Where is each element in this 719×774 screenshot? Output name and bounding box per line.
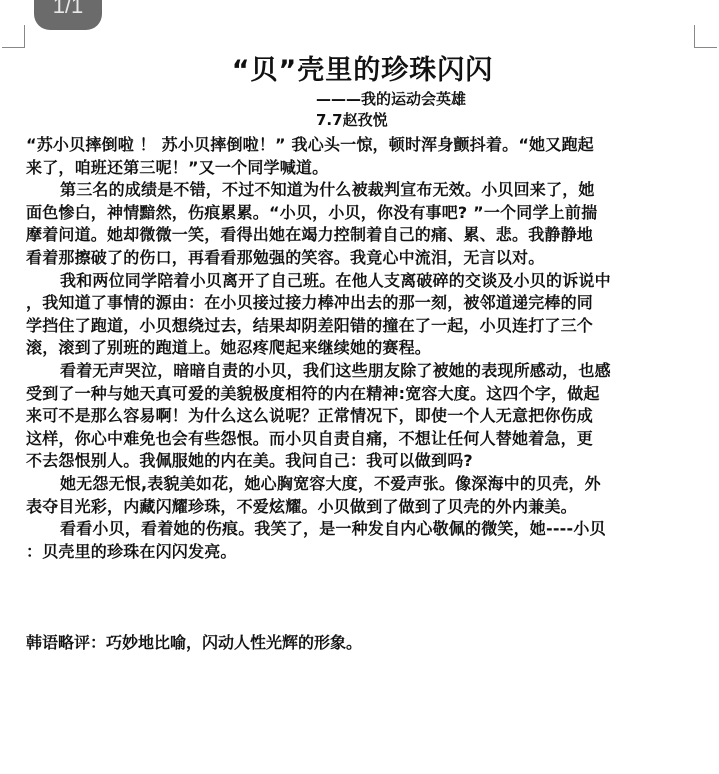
text-line: 受到了一种与她天真可爱的美貌极度相符的内在精神:宽容大度。这四个字，做起 — [26, 383, 694, 406]
text-line: 我和两位同学陪着小贝离开了自己班。在他人支离破碎的交谈及小贝的诉说中 — [26, 270, 694, 293]
text-line: 表夺目光彩，内藏闪耀珍珠，不爱炫耀。小贝做到了做到了贝壳的外内兼美。 — [26, 496, 694, 519]
text-line: ：贝壳里的珍珠在闪闪发亮。 — [26, 541, 694, 564]
text-line: 来了，咱班还第三呢！”又一个同学喊道。 — [26, 157, 694, 180]
page-indicator: 1/1 — [34, 0, 102, 30]
document-subtitle: ———我的运动会英雄 — [316, 88, 466, 109]
crop-mark-top-right — [694, 25, 717, 48]
text-line: ，我知道了事情的源由：在小贝接过接力棒冲出去的那一刻，被邻道递完棒的同 — [26, 292, 694, 315]
document-title: “贝”壳里的珍珠闪闪 — [0, 48, 719, 87]
crop-mark-top-left — [2, 25, 25, 48]
text-line: 看着那擦破了的伤口，再看看那勉强的笑容。我竟心中流泪，无言以对。 — [26, 247, 694, 270]
text-line: 摩着问道。她却微微一笑，看得出她在竭力控制着自己的痛、累、悲。我静静地 — [26, 224, 694, 247]
text-line: 面色惨白，神情黯然，伤痕累累。“小贝，小贝，你没有事吧? ”一个同学上前揣 — [26, 202, 694, 225]
text-line: 不去怨恨别人。我佩服她的内在美。我问自己：我可以做到吗? — [26, 450, 694, 473]
text-line: 学挡住了跑道，小贝想绕过去，结果却阴差阳错的撞在了一起，小贝连打了三个 — [26, 315, 694, 338]
essay-body: “苏小贝摔倒啦 ！ 苏小贝摔倒啦！” 我心头一惊，顿时浑身颤抖着。“她又跑起 来… — [26, 134, 694, 563]
text-line: 第三名的成绩是不错，不过不知道为什么被裁判宣布无效。小贝回来了，她 — [26, 179, 694, 202]
document-author: 7.7赵孜悦 — [316, 109, 388, 130]
text-line: 看看小贝，看着她的伤痕。我笑了，是一种发自内心敬佩的微笑，她----小贝 — [26, 518, 694, 541]
text-line: 来可不是那么容易啊！为什么这么说呢？正常情况下，即使一个人无意把你伤成 — [26, 405, 694, 428]
text-line: 她无怨无恨,表貌美如花，她心胸宽容大度，不爱声张。像深海中的贝壳，外 — [26, 473, 694, 496]
text-line: 滚，滚到了别班的跑道上。她忍疼爬起来继续她的赛程。 — [26, 337, 694, 360]
teacher-comment: 韩语略评：巧妙地比喻，闪动人性光辉的形象。 — [26, 630, 362, 653]
text-line: “苏小贝摔倒啦 ！ 苏小贝摔倒啦！” 我心头一惊，顿时浑身颤抖着。“她又跑起 — [26, 134, 694, 157]
text-line: 这样，你心中难免也会有些怨恨。而小贝自责自痛，不想让任何人替她着急，更 — [26, 428, 694, 451]
text-line: 看着无声哭泣，暗暗自责的小贝，我们这些朋友除了被她的表现所感动，也感 — [26, 360, 694, 383]
